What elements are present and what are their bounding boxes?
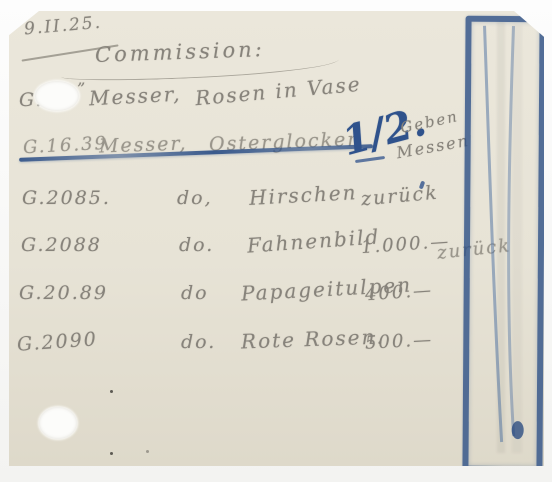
punch-hole-top	[35, 81, 79, 111]
entry-number: G.2085.	[22, 187, 111, 209]
entry-ditto: do	[181, 282, 209, 304]
entry-note: zurück	[360, 182, 439, 211]
punch-hole-bottom	[39, 407, 77, 439]
entry-name: Messer,	[88, 82, 182, 111]
ink-speck	[110, 452, 113, 455]
ink-speck	[110, 390, 113, 393]
entry-ditto: do.	[181, 331, 216, 353]
paper-sheet: 9.II.25. Commission: G. ” Messer, Rosen …	[9, 11, 544, 466]
entry-number: G.2088	[21, 234, 102, 256]
entry-ditto: do.	[179, 234, 214, 256]
entry-subject: Rosen in Vase	[194, 72, 362, 110]
entry-ditto: do,	[177, 187, 213, 209]
date: 9.II.25.	[23, 13, 103, 40]
crayon-diagonal-strokes	[469, 22, 528, 454]
entry-amount: 400.—	[364, 280, 433, 306]
entry-amount: 500.—	[364, 329, 433, 354]
blue-crayon-rectangle	[462, 16, 545, 473]
scanned-document: 9.II.25. Commission: G. ” Messer, Rosen …	[0, 0, 552, 482]
entry-subject: Rote Rosen.	[241, 324, 386, 353]
entry-number: G.2090	[16, 328, 98, 356]
entry-number: G.20.89	[19, 282, 108, 304]
ink-speck	[146, 450, 149, 453]
entry-subject: Hirschen	[248, 180, 358, 210]
